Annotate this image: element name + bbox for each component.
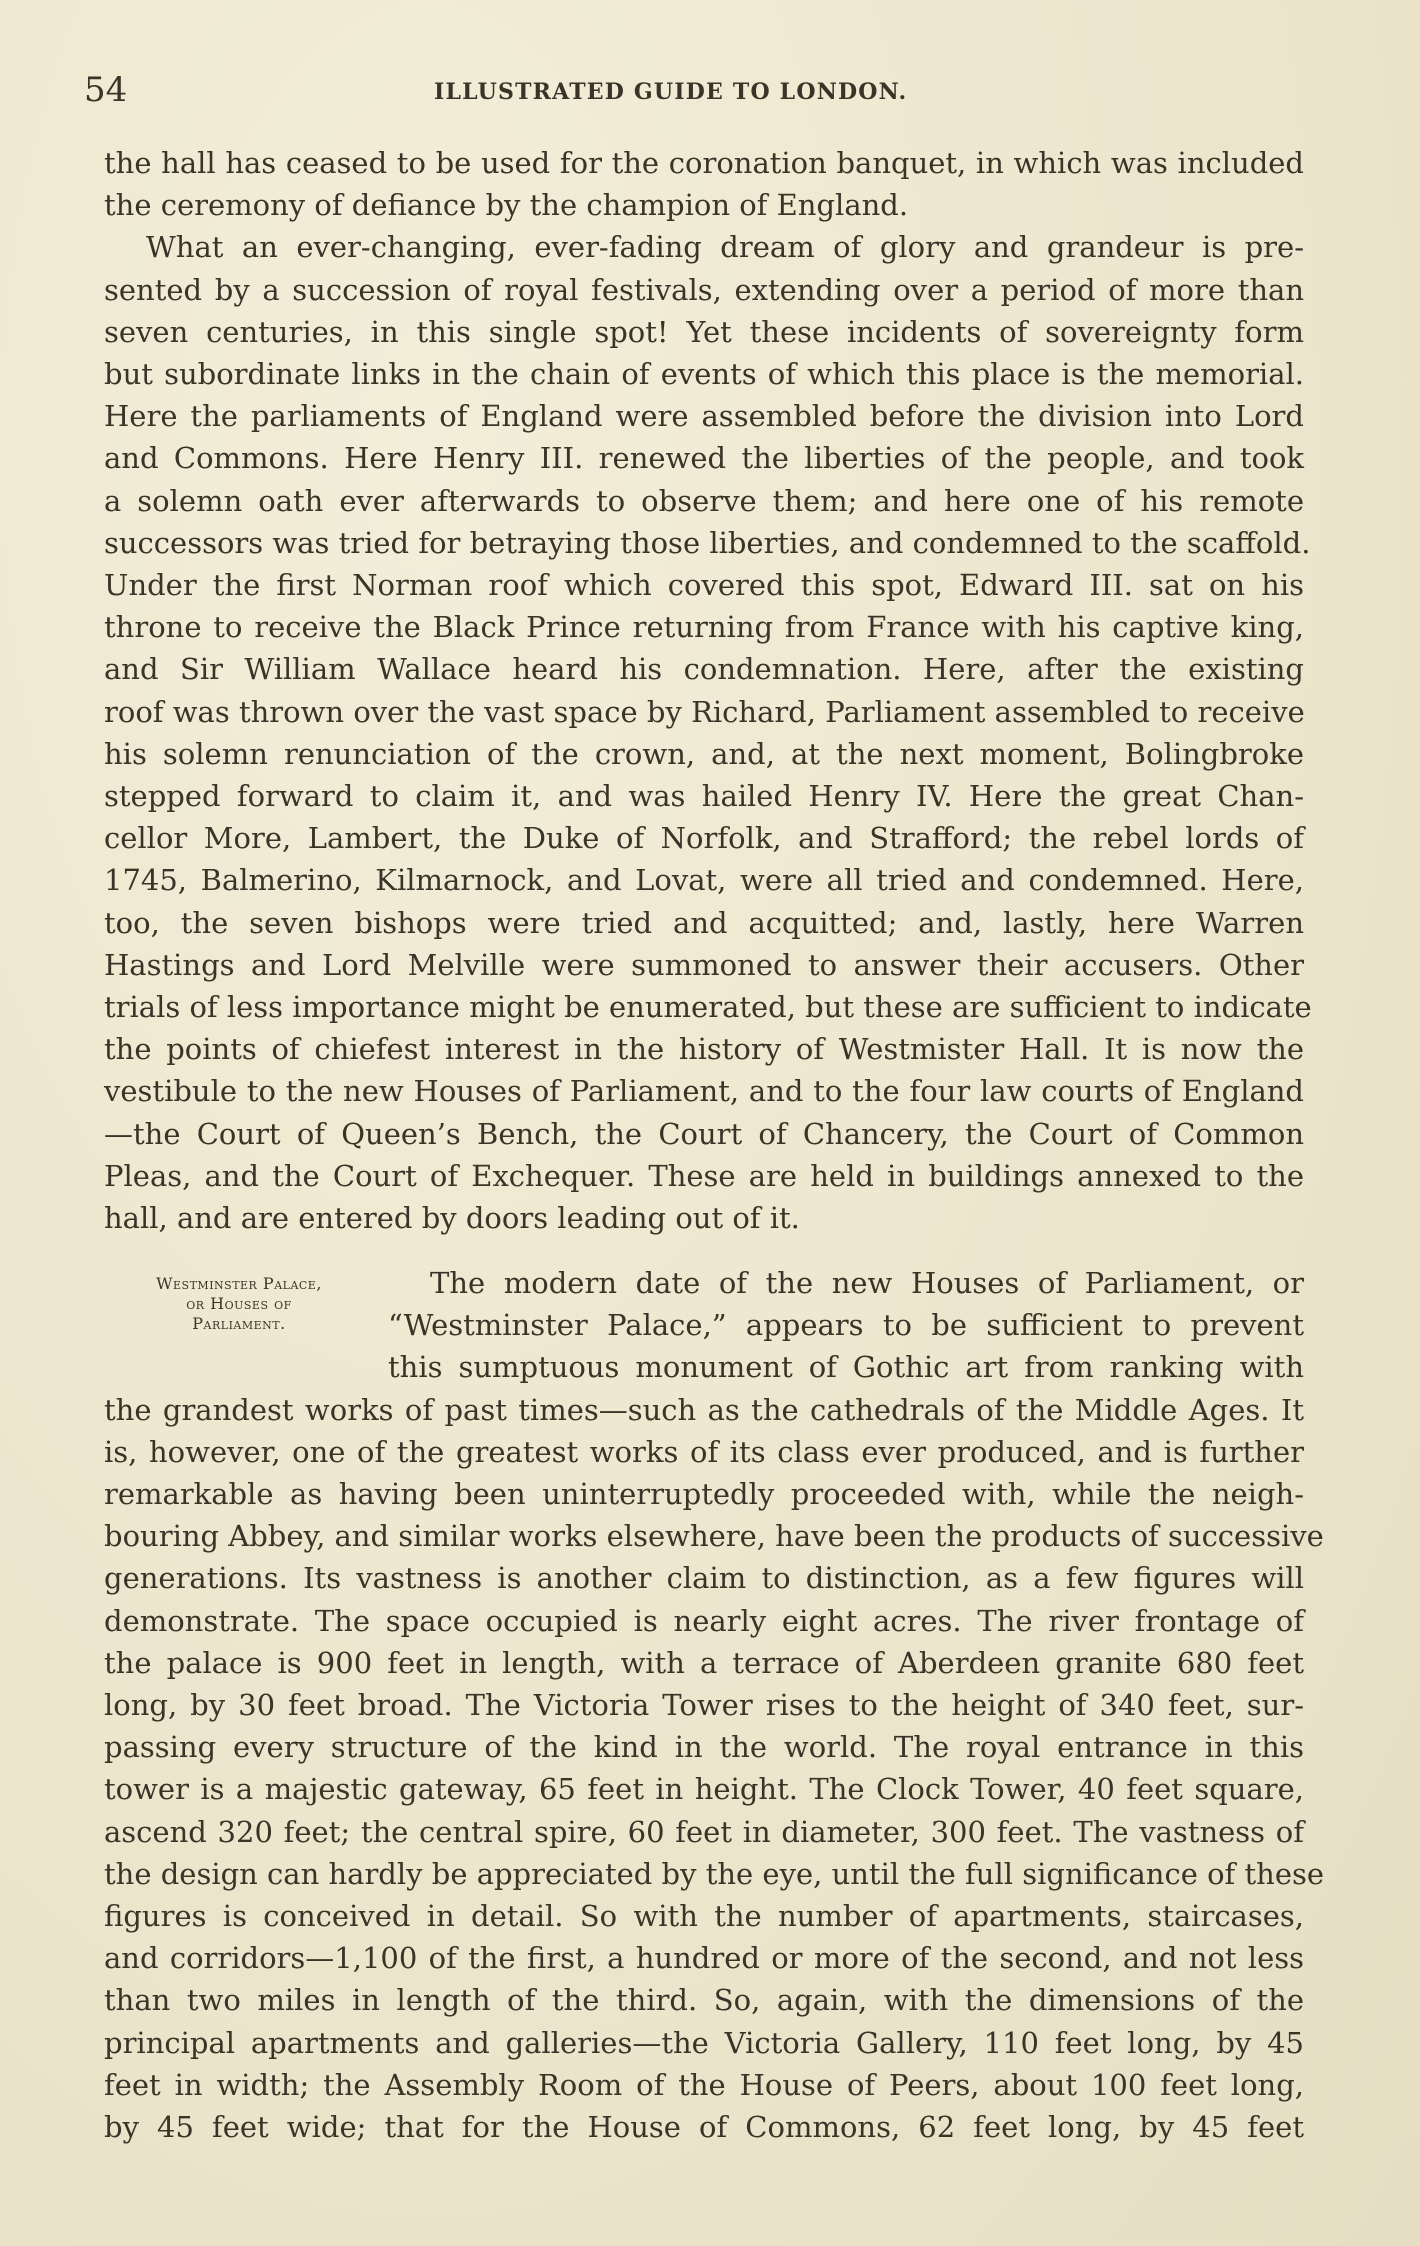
text-line: ascend 320 feet; the central spire, 60 f… bbox=[104, 1811, 1304, 1853]
text-line: the points of chiefest interest in the h… bbox=[104, 1028, 1304, 1070]
page-number: 54 bbox=[84, 70, 127, 110]
text-line: his solemn renunciation of the crown, an… bbox=[104, 733, 1304, 775]
text-line: remarkable as having been uninterruptedl… bbox=[104, 1473, 1304, 1515]
text-line: trials of less importance might be enume… bbox=[104, 986, 1304, 1028]
text-line: Under the first Norman roof which covere… bbox=[104, 564, 1304, 606]
sidenote-line: or Houses of bbox=[94, 1294, 384, 1314]
text-line: and Sir William Wallace heard his condem… bbox=[104, 648, 1304, 690]
text-line: a solemn oath ever afterwards to observe… bbox=[104, 480, 1304, 522]
text-line: “Westminster Palace,” appears to be suff… bbox=[388, 1304, 1304, 1346]
text-line: Hastings and Lord Melville were summoned… bbox=[104, 944, 1304, 986]
text-line: roof was thrown over the vast space by R… bbox=[104, 691, 1304, 733]
text-line: the hall has ceased to be used for the c… bbox=[104, 142, 1304, 184]
text-line: the palace is 900 feet in length, with a… bbox=[104, 1642, 1304, 1684]
text-line: seven centuries, in this single spot! Ye… bbox=[104, 311, 1304, 353]
text-line: 1745, Balmerino, Kilmarnock, and Lovat, … bbox=[104, 859, 1304, 901]
text-line: too, the seven bishops were tried and ac… bbox=[104, 902, 1304, 944]
section-paragraph: The modern date of the new Houses of Par… bbox=[104, 1262, 1304, 2148]
text-line: throne to receive the Black Prince retur… bbox=[104, 606, 1304, 648]
paragraph-history: What an ever-changing, ever-fading dream… bbox=[104, 226, 1304, 1239]
text-line: than two miles in length of the third. S… bbox=[104, 1979, 1304, 2021]
text-line: and Commons. Here Henry III. renewed the… bbox=[104, 437, 1304, 479]
text-line: successors was tried for betraying those… bbox=[104, 522, 1304, 564]
paragraph-continuation: the hall has ceased to be used for the c… bbox=[104, 142, 1304, 226]
text-line: hall, and are entered by doors leading o… bbox=[104, 1197, 1304, 1239]
text-line: sented by a succession of royal festival… bbox=[104, 269, 1304, 311]
text-line: figures is conceived in detail. So with … bbox=[104, 1895, 1304, 1937]
text-line: the grandest works of past times—such as… bbox=[104, 1389, 1304, 1431]
text-line: by 45 feet wide; that for the House of C… bbox=[104, 2106, 1304, 2148]
text-line: vestibule to the new Houses of Parliamen… bbox=[104, 1070, 1304, 1112]
text-line: cellor More, Lambert, the Duke of Norfol… bbox=[104, 817, 1304, 859]
body-text: the hall has ceased to be used for the c… bbox=[104, 142, 1304, 1239]
text-line: and corridors—1,100 of the first, a hund… bbox=[104, 1937, 1304, 1979]
text-line: stepped forward to claim it, and was hai… bbox=[104, 775, 1304, 817]
text-line: the ceremony of defiance by the champion… bbox=[104, 184, 1304, 226]
text-line: bouring Abbey, and similar works elsewhe… bbox=[104, 1515, 1304, 1557]
sidenote-heading: Westminster Palace, or Houses of Parliam… bbox=[94, 1274, 384, 1334]
sidenote-line: Westminster Palace, bbox=[94, 1274, 384, 1294]
book-page: 54 ILLUSTRATED GUIDE TO LONDON. the hall… bbox=[0, 0, 1420, 2246]
text-line: long, by 30 feet broad. The Victoria Tow… bbox=[104, 1684, 1304, 1726]
text-line: Here the parliaments of England were ass… bbox=[104, 395, 1304, 437]
text-line: but subordinate links in the chain of ev… bbox=[104, 353, 1304, 395]
text-line: principal apartments and galleries—the V… bbox=[104, 2022, 1304, 2064]
sidenote-line: Parliament. bbox=[94, 1314, 384, 1334]
running-head: 54 ILLUSTRATED GUIDE TO LONDON. bbox=[84, 70, 1324, 110]
text-line: demonstrate. The space occupied is nearl… bbox=[104, 1600, 1304, 1642]
text-line: —the Court of Queen’s Bench, the Court o… bbox=[104, 1113, 1304, 1155]
text-line: The modern date of the new Houses of Par… bbox=[388, 1262, 1304, 1304]
text-line: Pleas, and the Court of Exchequer. These… bbox=[104, 1155, 1304, 1197]
text-line: What an ever-changing, ever-fading dream… bbox=[104, 226, 1304, 268]
section-westminster-palace: Westminster Palace, or Houses of Parliam… bbox=[104, 1262, 1304, 2148]
text-line: passing every structure of the kind in t… bbox=[104, 1726, 1304, 1768]
text-line: the design can hardly be appreciated by … bbox=[104, 1853, 1304, 1895]
running-head-title: ILLUSTRATED GUIDE TO LONDON. bbox=[434, 74, 907, 110]
text-line: generations. Its vastness is another cla… bbox=[104, 1557, 1304, 1599]
text-line: tower is a majestic gateway, 65 feet in … bbox=[104, 1768, 1304, 1810]
text-line: feet in width; the Assembly Room of the … bbox=[104, 2064, 1304, 2106]
text-line: is, however, one of the greatest works o… bbox=[104, 1431, 1304, 1473]
text-line: this sumptuous monument of Gothic art fr… bbox=[388, 1346, 1304, 1388]
